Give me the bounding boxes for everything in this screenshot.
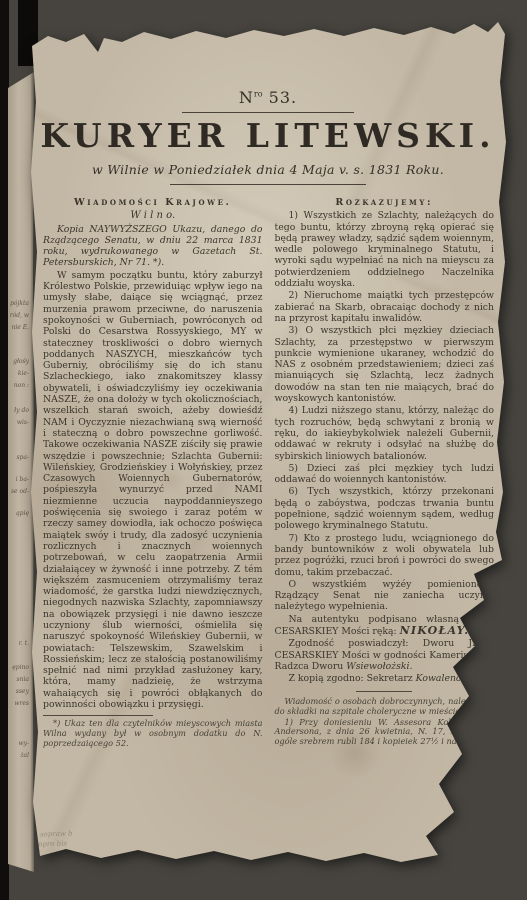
decree-item-3: 3) O wszystkich płci męzkiey dzieciach S… <box>275 325 495 404</box>
decree-item-6: 6) Tych wszystkich, którzy przekonani bę… <box>275 486 495 531</box>
decree-item-7: 7) Kto z prostego ludu, wciągnionego do … <box>275 533 495 578</box>
copy-prefix: Z kopią zgodno: Sekretarz <box>289 673 416 684</box>
masthead-rule-top <box>182 112 354 113</box>
charity-notice-item: 1) Przy doniesieniu W. Assesora Kollegia… <box>275 718 495 747</box>
decree-closing: O wszystkiém wyżéy pomienioném, Rządzący… <box>275 579 495 613</box>
issue-superscript: ro <box>254 90 263 99</box>
ukase-lead-paragraph: Kopia NAYWYŻSZEGO Ukazu, danego do Rządz… <box>43 224 263 269</box>
decree-item-2: 2) Nieruchome maiątki tych przestępców z… <box>275 290 495 324</box>
issue-number: Nro 53. <box>26 88 510 107</box>
section-heading-domestic-news: Wiadomości Krajowe. <box>43 197 263 208</box>
left-footnote-text: *) Ukaz ten dla czytelników mieyscowych … <box>43 719 263 748</box>
text-columns: Wiadomości Krajowe. W i l n o. Kopia NAY… <box>26 188 510 749</box>
copy-line: Z kopią zgodno: Sekretarz Kowalenok. 292… <box>275 673 495 684</box>
right-column: Rozkazujemy: 1) Wszystkich ze Szlachty, … <box>275 197 495 747</box>
paper-sheet: Nro 53. KURYER LITEWSKI. w Wilnie w Poni… <box>26 12 510 864</box>
scan-canvas: { "page": { "issue_prefix": "N", "issue_… <box>0 0 527 900</box>
decree-item-5: 5) Dzieci zaś płci męzkiey tych ludzi od… <box>275 463 495 486</box>
masthead: Nro 53. KURYER LITEWSKI. w Wilnie w Poni… <box>26 88 510 185</box>
copy-number: 292. <box>470 673 494 684</box>
dateline: w Wilnie w Poniedziałek dnia 4 Maja v. s… <box>26 162 510 177</box>
newspaper-page: Nro 53. KURYER LITEWSKI. w Wilnie w Poni… <box>26 12 510 864</box>
section-heading-decree: Rozkazujemy: <box>275 197 495 208</box>
left-footnote-rule <box>43 715 153 716</box>
ghost-mark: sopraw b <box>40 829 73 838</box>
signature-line: Na autentyku podpisano własną JEGO CESAR… <box>275 614 495 638</box>
decree-item-4: 4) Ludzi niższego stanu, którzy, należąc… <box>275 405 495 461</box>
tsar-signature: NIKOŁAY. <box>400 624 470 637</box>
right-footnote-rule <box>356 691 412 692</box>
decree-item-1: 1) Wszystkich ze Szlachty, należących do… <box>275 210 495 289</box>
ukase-body-paragraph: W samym początku buntu, który zaburzył K… <box>43 270 263 711</box>
subheading-wilno: W i l n o. <box>43 210 263 221</box>
charity-notice-heading: Wiadomość o osobach dobroczynnych, należ… <box>275 697 495 716</box>
left-footnote: *) Ukaz ten dla czytelników mieyscowych … <box>43 719 263 748</box>
newspaper-title: KURYER LITEWSKI. <box>26 116 510 155</box>
book-spine-gutter <box>0 0 9 900</box>
right-footnote: Wiadomość o osobach dobroczynnych, należ… <box>275 697 495 746</box>
ghost-mark: jopro bis <box>36 839 67 848</box>
attestation-name: Wsiewołożski. <box>346 661 412 672</box>
left-column: Wiadomości Krajowe. W i l n o. Kopia NAY… <box>43 197 263 749</box>
masthead-rule-bottom <box>170 184 366 185</box>
secretary-name: Kowalenok. <box>416 673 470 684</box>
issue-prefix: N <box>239 88 254 107</box>
issue-value: 53. <box>269 88 297 107</box>
attestation-line: Zgodność poswiadczył: Dworu JEGO CESARSK… <box>275 638 495 672</box>
